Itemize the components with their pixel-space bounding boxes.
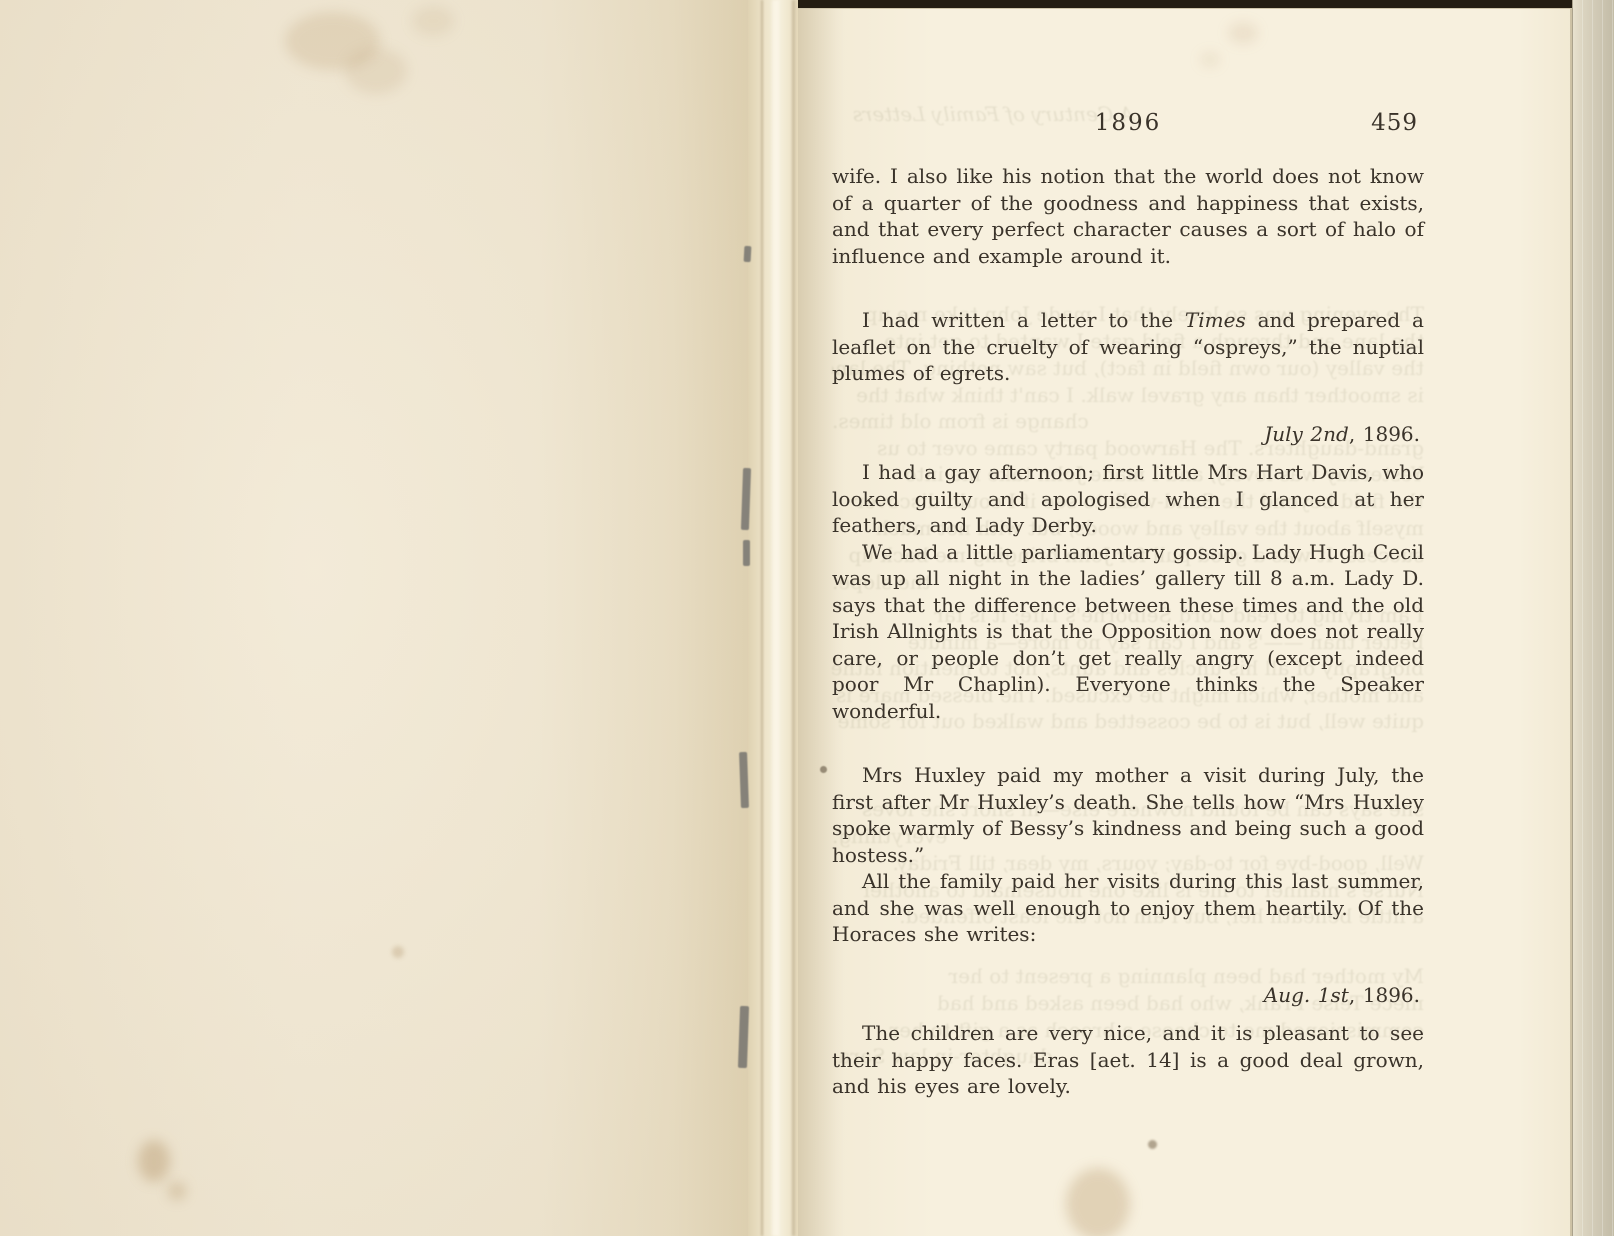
gutter-crease	[761, 0, 763, 1236]
gutter-crease	[792, 0, 795, 1236]
foxing-stain	[1200, 52, 1220, 67]
page-number: 459	[1371, 107, 1418, 139]
book-scan: A Century of Family LettersThe evening w…	[0, 0, 1614, 1236]
ink-speck	[820, 766, 827, 773]
foxing-stain	[412, 6, 454, 36]
gutter-ink-mark	[741, 468, 751, 530]
paragraph-family-visits: All the family paid her visits during th…	[832, 868, 1424, 948]
right-printed-page: A Century of Family LettersThe evening w…	[798, 8, 1572, 1236]
date-july-2nd: July 2nd, 1896.	[832, 421, 1424, 448]
gutter-crease	[772, 0, 779, 1236]
running-head-year: 1896	[832, 107, 1424, 139]
left-blank-page	[0, 0, 748, 1236]
paragraph-children: The children are very nice, and it is pl…	[832, 1020, 1424, 1100]
book-gutter	[748, 0, 798, 1236]
paragraph-mrs-huxley-visit: Mrs Huxley paid my mother a visit during…	[832, 762, 1424, 868]
paragraph-wife-notion: wife. I also like his notion that the wo…	[832, 163, 1424, 269]
ink-speck	[1148, 1140, 1157, 1149]
foxing-stain	[392, 946, 404, 958]
paragraph-gay-afternoon: I had a gay afternoon; first little Mrs …	[832, 459, 1424, 539]
paragraph-parliamentary-gossip: We had a little parliamentary gossip. La…	[832, 539, 1424, 725]
foxing-stain	[1066, 1168, 1130, 1236]
gutter-ink-mark	[743, 540, 750, 566]
foxing-stain	[345, 48, 407, 94]
foxing-stain	[168, 1182, 186, 1200]
text-body: wife. I also like his notion that the wo…	[832, 163, 1424, 1100]
gutter-ink-mark	[744, 246, 752, 262]
gutter-ink-mark	[739, 752, 749, 808]
running-head: 1896 459	[832, 107, 1424, 139]
text-block: 1896 459 wife. I also like his notion th…	[832, 107, 1424, 1100]
foxing-stain	[138, 1140, 170, 1182]
foxing-stain	[1228, 22, 1258, 44]
date-aug-1st: Aug. 1st, 1896.	[832, 982, 1424, 1009]
fore-edge-pages	[1572, 0, 1614, 1236]
gutter-ink-mark	[738, 1006, 749, 1068]
paragraph-times-letter: I had written a letter to the Times and …	[832, 307, 1424, 387]
